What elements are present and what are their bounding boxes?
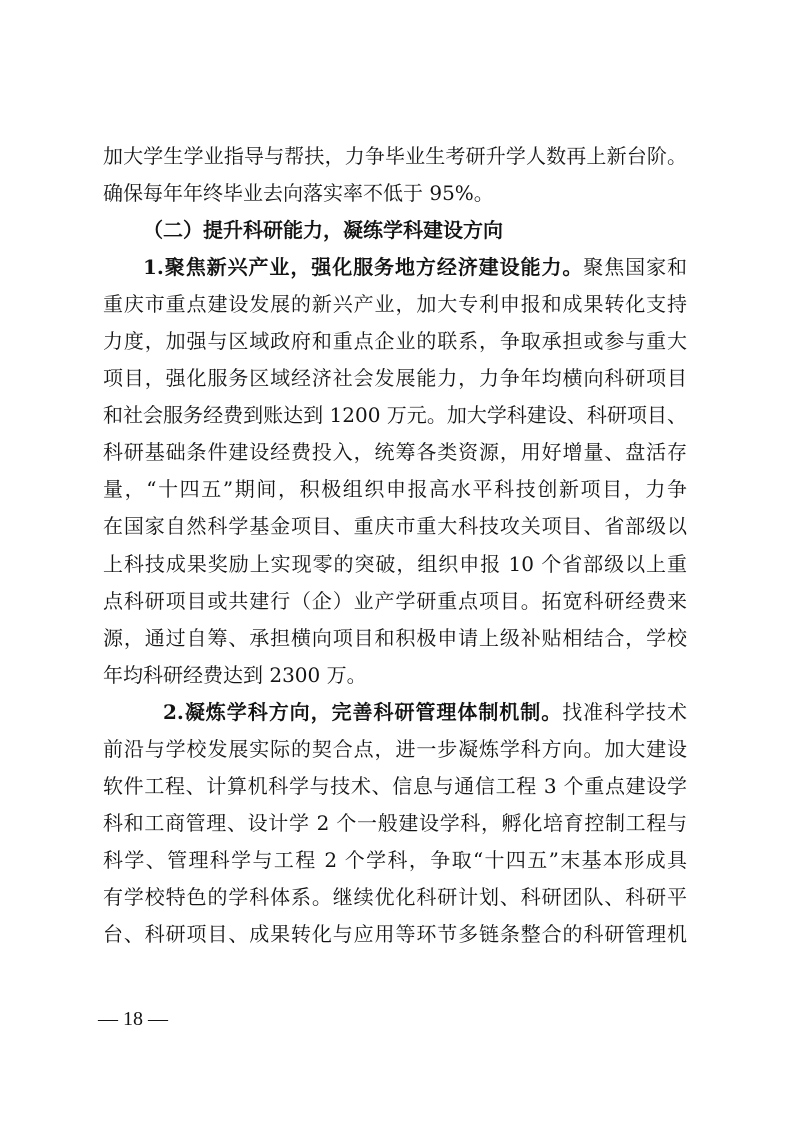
paragraph-line: 上科技成果奖励上实现零的突破，组织申报 10 个省部级以上重 — [103, 551, 687, 588]
line-text: 加大学生学业指导与帮扶，力争毕业生考研升学人数再上新台阶。 — [103, 144, 687, 168]
section-heading-text: （二）提升科研能力，凝练学科建设方向 — [143, 218, 503, 242]
line-text: 找准科学技术 — [562, 700, 687, 724]
line-text: 项目，强化服务区域经济社会发展能力，力争年均横向科研项目 — [103, 366, 687, 390]
paragraph-line: 重庆市重点建设发展的新兴产业，加大专利申报和成果转化支持 — [103, 291, 687, 328]
line-text: 重庆市重点建设发展的新兴产业，加大专利申报和成果转化支持 — [103, 292, 687, 316]
item-2-first-line: 2.凝炼学科方向，完善科研管理体制机制。找准科学技术 — [103, 699, 687, 736]
paragraph-line: 量，“十四五”期间，积极组织申报高水平科技创新项目，力争 — [103, 476, 687, 513]
line-text: 科学、管理科学与工程 2 个学科，争取“十四五”末基本形成具 — [103, 848, 687, 872]
line-text: 量，“十四五”期间，积极组织申报高水平科技创新项目，力争 — [103, 477, 687, 501]
paragraph-line: 点科研项目或共建行（企）业产学研重点项目。拓宽科研经费来 — [103, 588, 687, 625]
paragraph-line-end: 年均科研经费达到 2300 万。 — [103, 662, 687, 699]
document-page: 加大学生学业指导与帮扶，力争毕业生考研升学人数再上新台阶。 确保每年年终毕业去向… — [0, 0, 793, 1122]
line-text: 科和工商管理、设计学 2 个一般建设学科，孵化培育控制工程与 — [103, 811, 687, 835]
paragraph-line: 有学校特色的学科体系。继续优化科研计划、科研团队、科研平 — [103, 884, 687, 921]
line-text: 上科技成果奖励上实现零的突破，组织申报 10 个省部级以上重 — [103, 552, 687, 576]
paragraph-line: 科研基础条件建设经费投入，统筹各类资源，用好增量、盘活存 — [103, 439, 687, 476]
paragraph-line: 在国家自然科学基金项目、重庆市重大科技攻关项目、省部级以 — [103, 513, 687, 550]
line-text: 点科研项目或共建行（企）业产学研重点项目。拓宽科研经费来 — [103, 589, 687, 613]
item-2-title: 2.凝炼学科方向，完善科研管理体制机制。 — [163, 700, 562, 724]
line-text: 科研基础条件建设经费投入，统筹各类资源，用好增量、盘活存 — [103, 440, 687, 464]
line-text: 年均科研经费达到 2300 万。 — [103, 663, 367, 687]
paragraph-line: 台、科研项目、成果转化与应用等环节多链条整合的科研管理机 — [103, 921, 687, 958]
paragraph-line: 软件工程、计算机科学与技术、信息与通信工程 3 个重点建设学 — [103, 773, 687, 810]
line-text: 在国家自然科学基金项目、重庆市重大科技攻关项目、省部级以 — [103, 514, 687, 538]
line-text: 聚焦国家和 — [583, 255, 687, 279]
paragraph-line-end: 确保每年年终毕业去向落实率不低于 95%。 — [103, 180, 687, 217]
item-1-title: 1.聚焦新兴产业，强化服务地方经济建设能力。 — [143, 255, 583, 279]
line-text: 软件工程、计算机科学与技术、信息与通信工程 3 个重点建设学 — [103, 774, 687, 798]
line-text: 有学校特色的学科体系。继续优化科研计划、科研团队、科研平 — [103, 885, 687, 909]
paragraph-line: 源，通过自筹、承担横向项目和积极申请上级补贴相结合，学校 — [103, 625, 687, 662]
paragraph-line: 和社会服务经费到账达到 1200 万元。加大学科建设、科研项目、 — [103, 402, 687, 439]
paragraph-line: 力度，加强与区域政府和重点企业的联系，争取承担或参与重大 — [103, 328, 687, 365]
item-1-first-line: 1.聚焦新兴产业，强化服务地方经济建设能力。聚焦国家和 — [103, 254, 687, 291]
page-number: — 18 — — [98, 1008, 168, 1031]
paragraph-line: 项目，强化服务区域经济社会发展能力，力争年均横向科研项目 — [103, 365, 687, 402]
paragraph-line: 前沿与学校发展实际的契合点，进一步凝炼学科方向。加大建设 — [103, 736, 687, 773]
body-text: 加大学生学业指导与帮扶，力争毕业生考研升学人数再上新台阶。 确保每年年终毕业去向… — [103, 143, 687, 958]
line-text: 源，通过自筹、承担横向项目和积极申请上级补贴相结合，学校 — [103, 626, 687, 650]
paragraph-line: 科和工商管理、设计学 2 个一般建设学科，孵化培育控制工程与 — [103, 810, 687, 847]
paragraph-line: 加大学生学业指导与帮扶，力争毕业生考研升学人数再上新台阶。 — [103, 143, 687, 180]
line-text: 台、科研项目、成果转化与应用等环节多链条整合的科研管理机 — [103, 922, 687, 946]
line-text: 力度，加强与区域政府和重点企业的联系，争取承担或参与重大 — [103, 329, 687, 353]
line-text: 前沿与学校发展实际的契合点，进一步凝炼学科方向。加大建设 — [103, 737, 687, 761]
paragraph-line: 科学、管理科学与工程 2 个学科，争取“十四五”末基本形成具 — [103, 847, 687, 884]
line-text: 确保每年年终毕业去向落实率不低于 95%。 — [103, 181, 494, 205]
line-text: 和社会服务经费到账达到 1200 万元。加大学科建设、科研项目、 — [103, 403, 687, 427]
section-heading: （二）提升科研能力，凝练学科建设方向 — [103, 217, 687, 254]
